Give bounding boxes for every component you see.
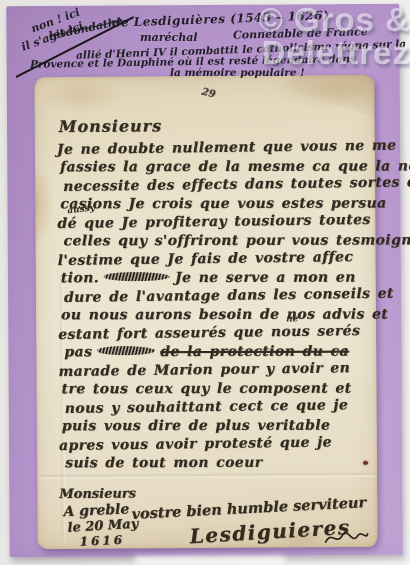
letter-line: ou nous aurons besoin de nos advis et [61,305,374,324]
letter-line: casions Je crois que vous estes persua [60,194,373,213]
interlinear-insert-ne: ne [286,314,298,324]
signature-flourish-icon [324,527,370,549]
ink-scribble [104,272,170,281]
letter-line-part: Je ne serve a mon en [175,269,356,285]
paper-crease-horizontal [39,473,375,479]
annotation-bio-line3: la mémoire populaire ! [170,67,305,79]
auction-photo: non ! ici il s'agit ici lesdondathe de L… [0,0,410,565]
letter-line: tion.Je ne serve a mon en [61,268,374,287]
letter-line-part: pas [64,344,92,360]
letter-line: estant fort asseurés que nous serés [58,322,374,345]
letter-line: apres vous avoir protesté que je [59,433,375,456]
letter-line-part: tion. [61,270,99,286]
letter-body: Je ne doubte nullement que vous ne me fa… [57,138,375,473]
annotation-role-marechal: maréchal [140,31,198,44]
letter-line: pasde la protection du ca [64,342,374,361]
page-number-mark: 29 [200,86,216,100]
paper-fold-shadow [278,75,374,118]
photo-reflection [135,556,285,565]
letter-salutation: Monsieurs [59,116,162,136]
letter-line: Je ne doubte nullement que vous ne me [57,137,373,160]
letter-line-part-struck: de la protection du ca [160,343,349,359]
letter-line: fassies la grace de la mesme ca que la n… [60,157,373,176]
letter-line: suis de tout mon coeur [65,453,375,472]
letter-line: marade de Marion pour y avoir en [58,359,374,382]
ink-scribble [97,346,155,355]
letter-page: 29 Monsieurs Je ne doubte nullement que … [34,75,377,549]
letter-line: dé que Je profiteray tousiours toutes [57,211,373,234]
letter-line: celles quy s'offriront pour vous tesmoig… [63,231,373,250]
letter-line: puis vous dire de plus veritable [62,416,375,435]
letter-line: l'estime que Je fais de vostre affec [58,248,374,271]
closing-year: 1616 [79,533,125,549]
letter-line: necessite des effects dans toutes sortes… [63,174,373,197]
letter-line: dure de l'avantage dans les conseils et [64,285,374,308]
letter-line: nous y souhaittant cect ce que je [65,396,375,419]
letter-line: tre tous ceux quy le composent et [62,379,375,398]
closing-address: Monsieurs [59,486,136,502]
